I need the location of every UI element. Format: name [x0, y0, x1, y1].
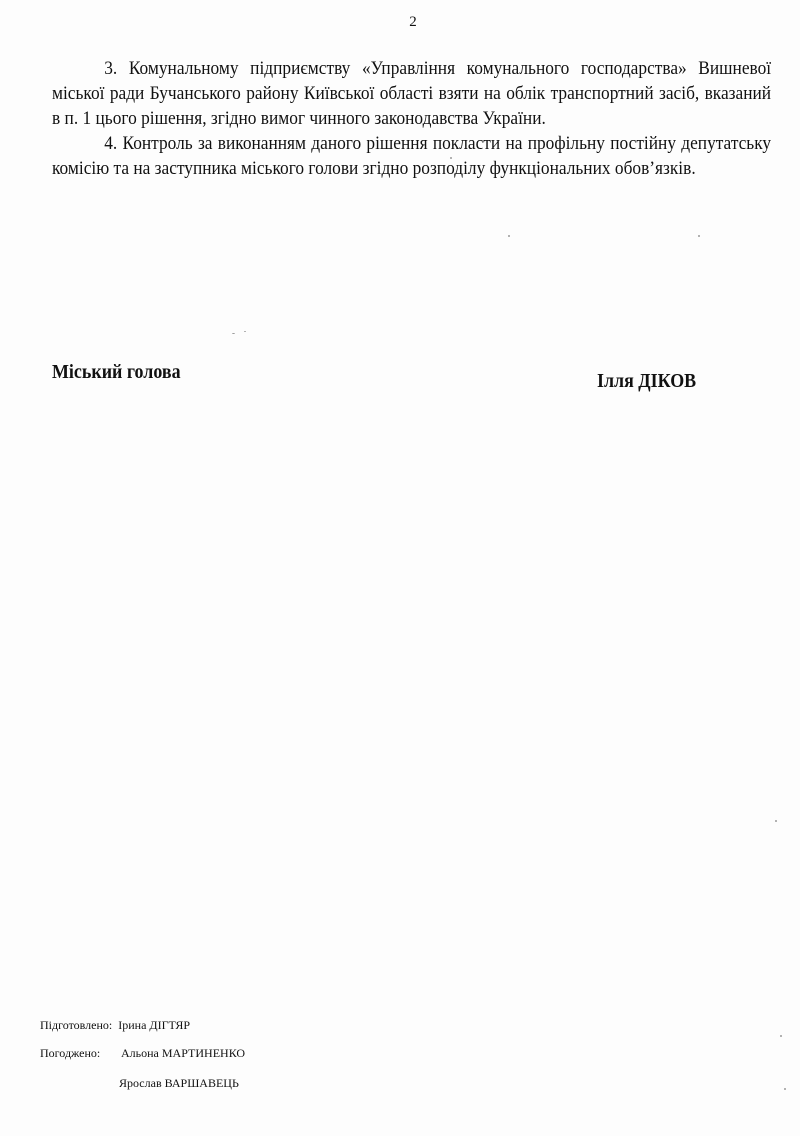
scan-artifact [232, 333, 235, 334]
scan-artifact [784, 1088, 786, 1090]
scan-artifact [450, 157, 452, 159]
agreed-by-2: Ярослав ВАРШАВЕЦЬ [119, 1076, 239, 1091]
scan-artifact [775, 820, 777, 822]
page-number: 2 [0, 14, 800, 31]
scan-artifact [780, 1035, 782, 1037]
prepared-row: Підготовлено: Ірина ДІГТЯР [40, 1018, 190, 1033]
prepared-label: Підготовлено: [40, 1018, 112, 1032]
paragraph-item-3: 3. Комунальному підприємству «Управління… [52, 56, 771, 131]
prepared-by: Ірина ДІГТЯР [118, 1018, 190, 1032]
scan-artifact [698, 235, 700, 237]
agreed-row: Погоджено: [40, 1046, 100, 1061]
agreed-by-1: Альона МАРТИНЕНКО [121, 1046, 245, 1061]
agreed-label: Погоджено: [40, 1046, 100, 1060]
paragraph-item-4: 4. Контроль за виконанням даного рішення… [52, 131, 771, 181]
scan-artifact [244, 331, 246, 332]
signature-name: Ілля ДІКОВ [597, 371, 696, 393]
scan-artifact [508, 235, 510, 237]
signature-title: Міський голова [52, 362, 181, 384]
document-body: 3. Комунальному підприємству «Управління… [52, 56, 771, 181]
